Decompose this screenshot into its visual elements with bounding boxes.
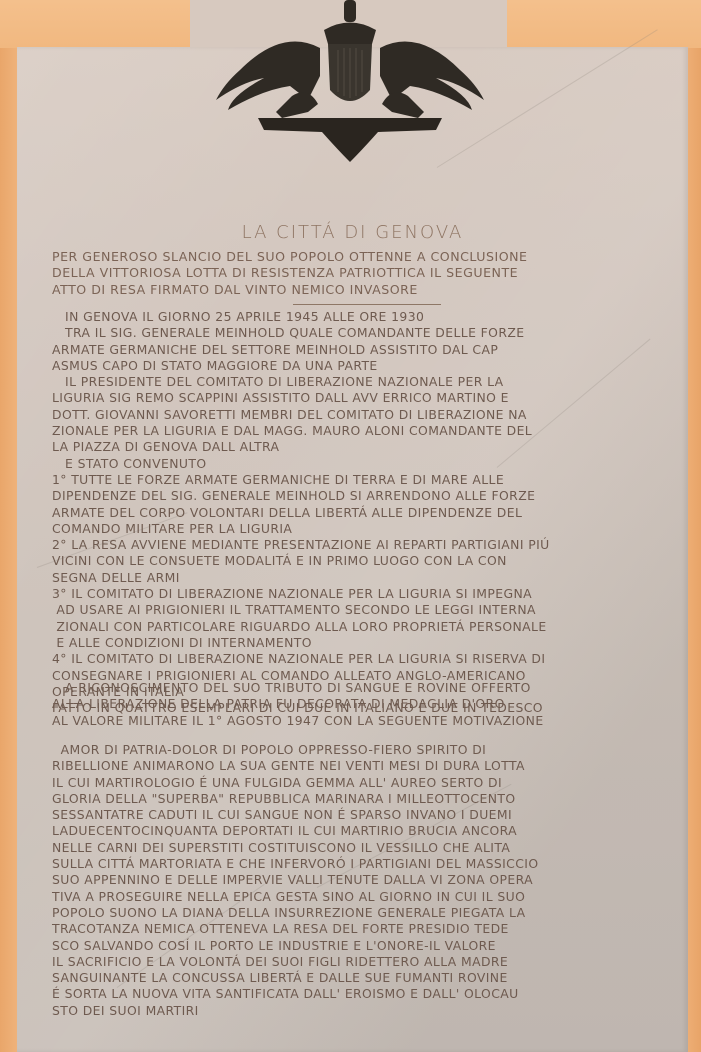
act-line: DOTT. GIOVANNI SAVORETTI MEMBRI DEL COMI… [52,407,689,423]
winged-coat-of-arms-icon [212,0,488,165]
plaque-title: LA CITTÁ DI GENOVA [17,222,688,243]
motivation-line: SESSANTATRE CADUTI IL CUI SANGUE NON É S… [52,807,689,823]
act-line: ZIONALE PER LA LIGURIA E DAL MAGG. MAURO… [52,423,689,439]
act-line: 4° IL COMITATO DI LIBERAZIONE NAZIONALE … [52,651,689,667]
act-line: 1° TUTTE LE FORZE ARMATE GERMANICHE DI T… [52,472,689,488]
intro-line: ATTO DI RESA FIRMATO DAL VINTO NEMICO IN… [52,281,684,297]
act-line: LIGURIA SIG REMO SCAPPINI ASSISTITO DALL… [52,390,689,406]
act-line: ARMATE GERMANICHE DEL SETTORE MEINHOLD A… [52,342,689,358]
motivation-line: SANGUINANTE LA CONCUSSA LIBERTÁ E DALLE … [52,970,689,986]
marble-plaque: LA CITTÁ DI GENOVA PER GENEROSO SLANCIO … [17,47,688,1052]
act-line: IL PRESIDENTE DEL COMITATO DI LIBERAZION… [52,374,689,390]
surrender-act-text: IN GENOVA IL GIORNO 25 APRILE 1945 ALLE … [52,309,689,716]
motivation-line: AMOR DI PATRIA-DOLOR DI POPOLO OPPRESSO-… [52,742,689,758]
act-line: TRA IL SIG. GENERALE MEINHOLD QUALE COMA… [52,325,689,341]
act-line: 2° LA RESA AVVIENE MEDIANTE PRESENTAZION… [52,537,689,553]
act-line: AD USARE AI PRIGIONIERI IL TRATTAMENTO S… [52,602,689,618]
divider-line [293,304,441,305]
motivation-line: SUO APPENNINO E DELLE IMPERVIE VALLI TEN… [52,872,689,888]
plaque-intro: PER GENEROSO SLANCIO DEL SUO POPOLO OTTE… [52,248,684,297]
act-line: 3° IL COMITATO DI LIBERAZIONE NAZIONALE … [52,586,689,602]
motivation-line: POPOLO SUONO LA DIANA DELLA INSURREZIONE… [52,905,689,921]
motivation-line: SCO SALVANDO COSÍ IL PORTO LE INDUSTRIE … [52,938,689,954]
motivation-line: IL CUI MARTIROLOGIO É UNA FULGIDA GEMMA … [52,775,689,791]
motivation-line: GLORIA DELLA "SUPERBA" REPUBBLICA MARINA… [52,791,689,807]
act-line: ZIONALI CON PARTICOLARE RIGUARDO ALLA LO… [52,619,689,635]
act-line: ARMATE DEL CORPO VOLONTARI DELLA LIBERTÁ… [52,505,689,521]
motivation-line: STO DEI SUOI MARTIRI [52,1003,689,1019]
medal-motivation-text: AMOR DI PATRIA-DOLOR DI POPOLO OPPRESSO-… [52,742,689,1019]
act-line: COMANDO MILITARE PER LA LIGURIA [52,521,689,537]
act-line: VICINI CON LE CONSUETE MODALITÁ E IN PRI… [52,553,689,569]
motivation-line: RIBELLIONE ANIMARONO LA SUA GENTE NEI VE… [52,758,689,774]
act-line: ASMUS CAPO DI STATO MAGGIORE DA UNA PART… [52,358,689,374]
recognition-line: ALLA LIBERAZIONE DELLA PATRIA FU DECORAT… [52,696,689,712]
motivation-line: TIVA A PROSEGUIRE NELLA EPICA GESTA SINO… [52,889,689,905]
motivation-line: É SORTA LA NUOVA VITA SANTIFICATA DALL' … [52,986,689,1002]
medal-recognition-text: A RICONOSCIMENTO DEL SUO TRIBUTO DI SANG… [52,680,689,729]
recognition-line: AL VALORE MILITARE IL 1° AGOSTO 1947 CON… [52,713,689,729]
wall-background-right [507,0,701,48]
motivation-line: TRACOTANZA NEMICA OTTENEVA LA RESA DEL F… [52,921,689,937]
wall-background-left [0,0,190,48]
motivation-line: NELLE CARNI DEI SUPERSTITI COSTITUISCONO… [52,840,689,856]
motivation-line: SULLA CITTÁ MARTORIATA E CHE INFERVORÓ I… [52,856,689,872]
act-line: IN GENOVA IL GIORNO 25 APRILE 1945 ALLE … [52,309,689,325]
act-line: SEGNA DELLE ARMI [52,570,689,586]
intro-line: PER GENEROSO SLANCIO DEL SUO POPOLO OTTE… [52,248,684,264]
act-line: E ALLE CONDIZIONI DI INTERNAMENTO [52,635,689,651]
motivation-line: IL SACRIFICIO E LA VOLONTÁ DEI SUOI FIGL… [52,954,689,970]
intro-line: DELLA VITTORIOSA LOTTA DI RESISTENZA PAT… [52,264,684,280]
act-line: DIPENDENZE DEL SIG. GENERALE MEINHOLD SI… [52,488,689,504]
act-line: LA PIAZZA DI GENOVA DALL ALTRA [52,439,689,455]
recognition-line: A RICONOSCIMENTO DEL SUO TRIBUTO DI SANG… [52,680,689,696]
motivation-line: LADUECENTOCINQUANTA DEPORTATI IL CUI MAR… [52,823,689,839]
act-line: E STATO CONVENUTO [52,456,689,472]
